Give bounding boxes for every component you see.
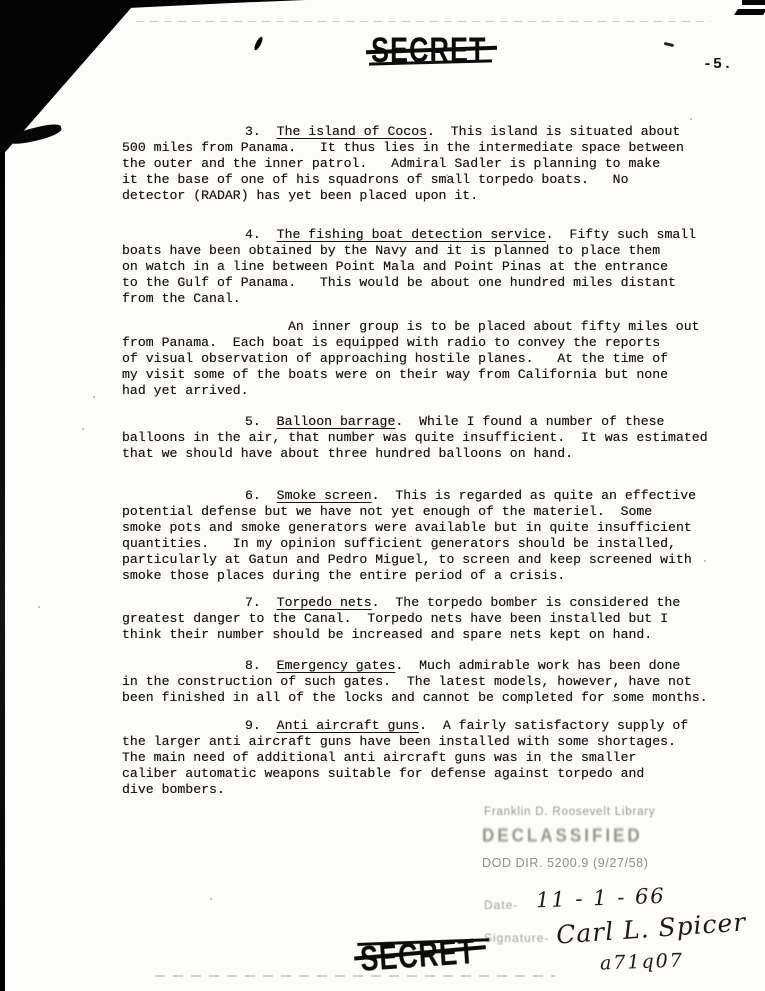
paragraph-4-continued: An inner group is to be placed about fif… bbox=[122, 319, 726, 399]
paragraph-6: 6. Smoke screen. This is regarded as qui… bbox=[122, 488, 726, 583]
paragraph-number: 5. bbox=[245, 414, 277, 429]
ink-mark bbox=[253, 36, 264, 52]
paragraph-number: 9. bbox=[245, 718, 277, 733]
signature-label: Signature- bbox=[484, 931, 549, 945]
paragraph-9: 9. Anti aircraft guns. A fairly satisfac… bbox=[122, 718, 726, 798]
ink-mark bbox=[664, 42, 674, 47]
scan-corner-artifact bbox=[734, 9, 765, 15]
paragraph-text: . While I found a number of these balloo… bbox=[122, 414, 708, 461]
speck bbox=[93, 396, 95, 398]
paragraph-text: . The torpedo bomber is considered the g… bbox=[122, 595, 680, 642]
paragraph-title: Emergency gates bbox=[277, 658, 396, 673]
paragraph-number: 4. bbox=[245, 227, 277, 242]
speck bbox=[82, 428, 84, 430]
secret-stamp-bottom: SECRET bbox=[359, 932, 477, 974]
paragraph-text: An inner group is to be placed about fif… bbox=[122, 319, 700, 398]
paragraph-5: 5. Balloon barrage. While I found a numb… bbox=[122, 414, 726, 462]
paragraph-8: 8. Emergency gates. Much admirable work … bbox=[122, 658, 726, 706]
paragraph-number: 3. bbox=[245, 124, 277, 139]
paragraph-title: Smoke screen bbox=[277, 488, 372, 503]
paragraph-title: Balloon barrage bbox=[277, 414, 396, 429]
paragraph-7: 7. Torpedo nets. The torpedo bomber is c… bbox=[122, 595, 726, 643]
date-label: Date- bbox=[484, 898, 518, 912]
scan-edge-artifact bbox=[128, 0, 306, 8]
scan-line-artifact bbox=[136, 21, 711, 22]
scan-line-artifact bbox=[155, 975, 555, 977]
paragraph-3: 3. The island of Cocos. This island is s… bbox=[122, 124, 726, 204]
declassified-stamp: DECLASSIFIED bbox=[482, 825, 643, 847]
directive-stamp: DOD DIR. 5200.9 (9/27/58) bbox=[482, 856, 648, 870]
paragraph-text: . This is regarded as quite an effective… bbox=[122, 488, 696, 583]
handwritten-signature: Carl L. Spicer bbox=[555, 907, 747, 949]
speck bbox=[210, 898, 212, 900]
paragraph-text: . Much admirable work has been done in t… bbox=[122, 658, 708, 705]
paragraph-number: 6. bbox=[245, 488, 277, 503]
paragraph-4: 4. The fishing boat detection service. F… bbox=[122, 227, 726, 307]
scan-edge-artifact bbox=[0, 148, 5, 991]
speck bbox=[38, 606, 40, 608]
paragraph-title: Torpedo nets bbox=[277, 595, 372, 610]
handwritten-date: 11 - 1 - 66 bbox=[536, 884, 666, 913]
library-stamp: Franklin D. Roosevelt Library bbox=[484, 806, 655, 818]
paragraph-number: 8. bbox=[245, 658, 277, 673]
page-number: -5. bbox=[703, 56, 733, 73]
handwritten-code: a71q07 bbox=[600, 950, 685, 975]
document-page: SECRET -5. 3. The island of Cocos. This … bbox=[0, 0, 765, 991]
paragraph-title: The island of Cocos bbox=[277, 124, 427, 139]
paragraph-title: The fishing boat detection service bbox=[277, 227, 546, 242]
speck bbox=[690, 118, 692, 120]
secret-stamp-top: SECRET bbox=[371, 31, 487, 65]
paragraph-number: 7. bbox=[245, 595, 277, 610]
paragraph-title: Anti aircraft guns bbox=[277, 718, 419, 733]
scan-corner-artifact bbox=[742, 0, 765, 5]
